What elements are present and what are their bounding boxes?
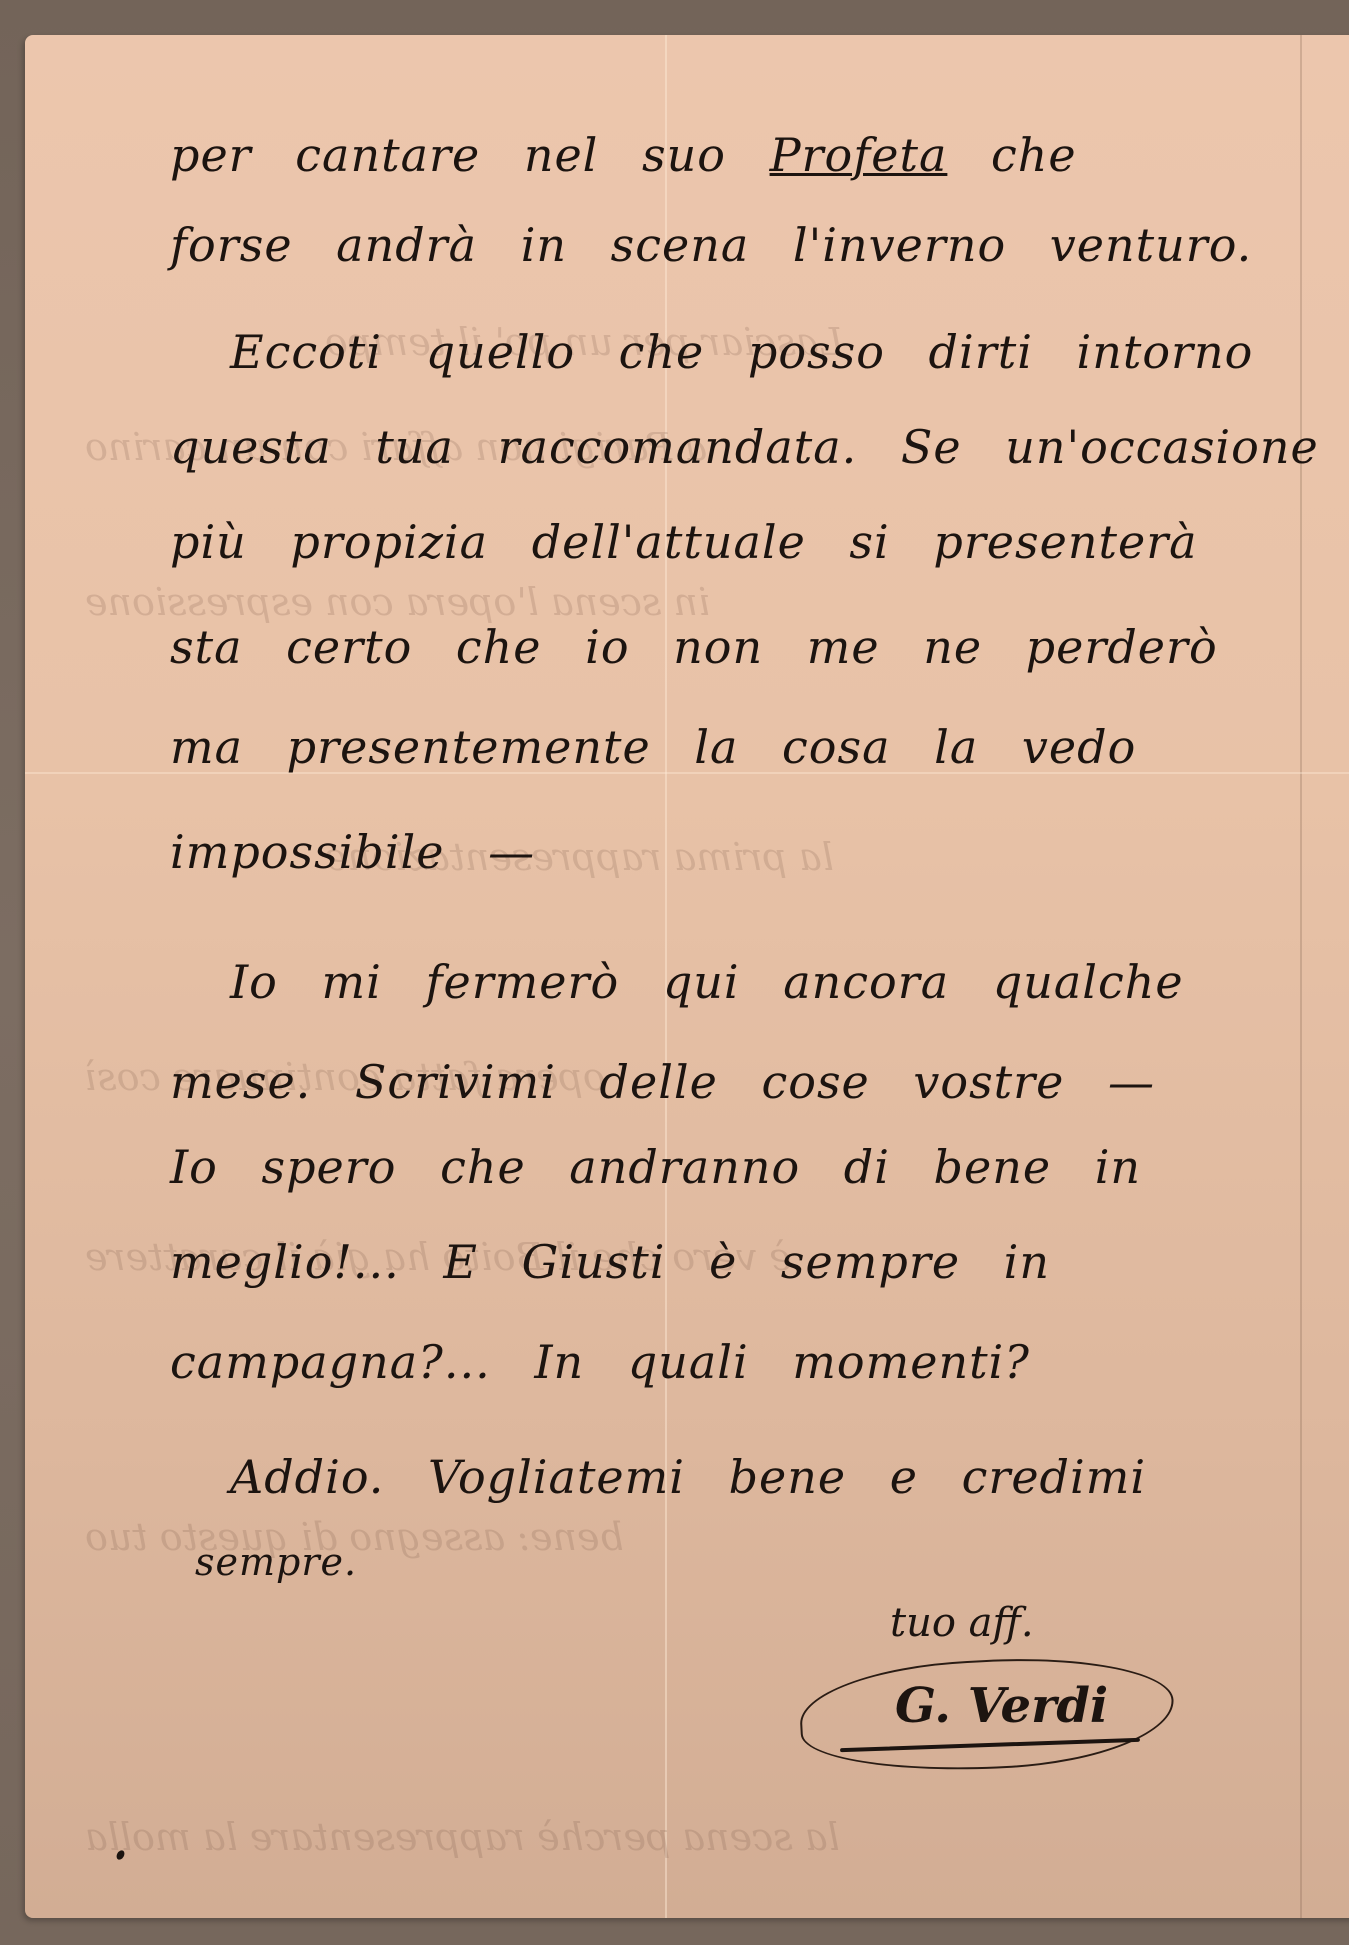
letter-line-13: campagna?... In quali momenti? [170,1335,1030,1389]
letter-line-15: sempre. [195,1540,357,1584]
letter-line-11: Io spero che andranno di bene in [170,1140,1141,1194]
right-edge-fold [1300,35,1302,1918]
bleed-through-text: la scena perchè rappresentare la molla [85,1815,840,1859]
bleed-through-text: in scena l'opera con espressione [85,580,710,624]
letter-line-1: per cantare nel suo Profeta che [170,128,1077,182]
letter-line-10: mese. Scrivimi delle cose vostre — [170,1055,1155,1109]
letter-line-5: più propizia dell'attuale si presenterà [170,515,1198,569]
closing-salutation: tuo aff. [890,1600,1034,1646]
letter-line-12: meglio!... E Giusti è sempre in [170,1235,1050,1289]
signature: G. Verdi [800,1650,1180,1780]
letter-line-14: Addio. Vogliatemi bene e credimi [230,1450,1146,1504]
letter-line-3: Eccoti quello che posso dirti intorno [230,325,1253,379]
underlined-word: Profeta [770,128,948,182]
letter-line-7: ma presentemente la cosa la vedo [170,720,1136,774]
letter-line-9: Io mi fermerò qui ancora qualche [230,955,1184,1009]
letter-line-8: impossibile — [170,825,535,879]
letter-line-6: sta certo che io non me ne perderò [170,620,1218,674]
letter-line-2: forse andrà in scena l'inverno venturo. [170,218,1252,272]
signature-name: G. Verdi [895,1678,1108,1734]
letter-line-4: questa tua raccomandata. Se un'occasione [170,420,1319,474]
